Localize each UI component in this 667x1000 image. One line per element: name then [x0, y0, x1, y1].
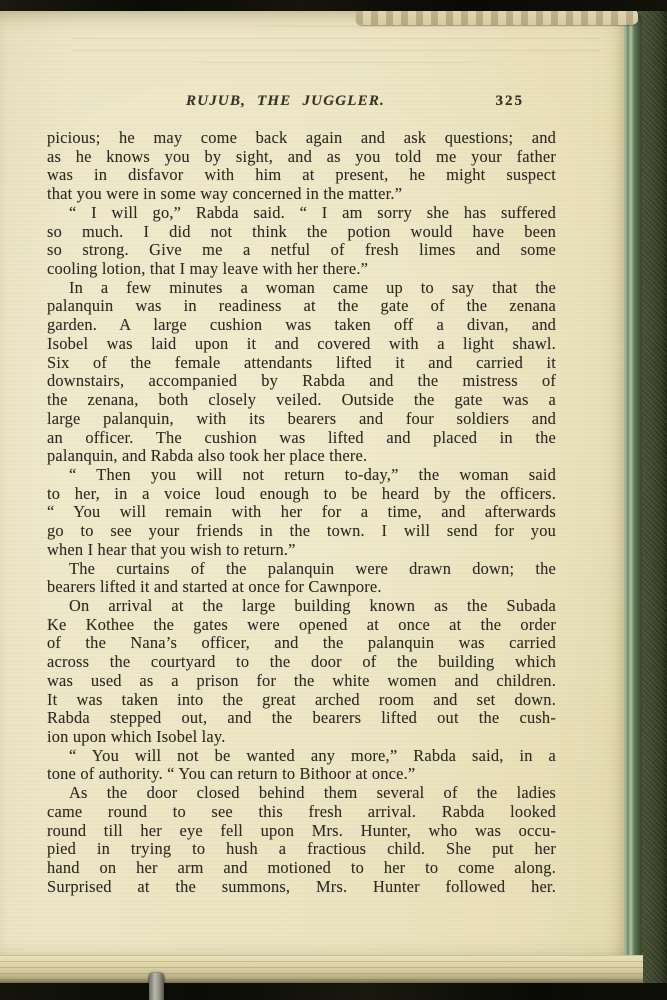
text-line: when I hear that you wish to return.” [47, 541, 556, 560]
text-line: so strong. Give me a netful of fresh lim… [47, 241, 556, 260]
book-page: RUJUB, THE JUGGLER. 325 picious; he may … [0, 11, 624, 958]
text-line: go to see your friends in the town. I wi… [47, 522, 556, 541]
text-line: hand on her arm and motioned to her to c… [47, 859, 556, 878]
text-line: In a few minutes a woman came up to say … [47, 279, 556, 298]
text-line: was used as a prison for the white women… [47, 672, 556, 691]
text-line: The curtains of the palanquin were drawn… [47, 560, 556, 579]
book-cover-bottom-edge [0, 983, 667, 1000]
text-line: Ke Kothee the gates were opened at once … [47, 616, 556, 635]
text-line: picious; he may come back again and ask … [47, 129, 556, 148]
page-stack-top-edge [356, 9, 638, 25]
running-header-title: RUJUB, THE JUGGLER. [31, 93, 540, 110]
text-line: Rabda stepped out, and the bearers lifte… [47, 709, 556, 728]
text-line: came round to see this fresh arrival. Ra… [47, 803, 556, 822]
text-line: the zenana, both closely veiled. Outside… [47, 391, 556, 410]
text-line: round till her eye fell upon Mrs. Hunter… [47, 822, 556, 841]
body-text: picious; he may come back again and ask … [47, 129, 556, 896]
text-line: pied in trying to hush a fractious child… [47, 840, 556, 859]
text-line: that you were in some way concerned in t… [47, 185, 556, 204]
text-line: tone of authority. “ You can return to B… [47, 765, 556, 784]
text-line: across the courtyard to the door of the … [47, 653, 556, 672]
text-line: to her, in a voice loud enough to be hea… [47, 485, 556, 504]
text-line: an officer. The cushion was lifted and p… [47, 429, 556, 448]
text-line: Six of the female attendants lifted it a… [47, 354, 556, 373]
text-line: “ I will go,” Rabda said. “ I am sorry s… [47, 204, 556, 223]
book-cover-top-edge [0, 0, 667, 11]
page-number: 325 [496, 93, 525, 110]
text-line: “ You will remain with her for a time, a… [47, 503, 556, 522]
text-line: Isobel was laid upon it and covered with… [47, 335, 556, 354]
text-line: cooling lotion, that I may leave with he… [47, 260, 556, 279]
text-line: was in disfavor with him at present, he … [47, 166, 556, 185]
text-line: bearers lifted it and started at once fo… [47, 578, 556, 597]
text-line: Surprised at the summons, Mrs. Hunter fo… [47, 878, 556, 897]
text-line: so much. I did not think the potion woul… [47, 223, 556, 242]
text-line: palanquin was in readiness at the gate o… [47, 297, 556, 316]
binder-clip [149, 973, 164, 1000]
book-cover-right [638, 0, 667, 1000]
book-scan: RUJUB, THE JUGGLER. 325 picious; he may … [0, 0, 667, 1000]
text-line: “ Then you will not return to-day,” the … [47, 466, 556, 485]
text-line: of the Nana’s officer, and the palanquin… [47, 634, 556, 653]
text-line: On arrival at the large building known a… [47, 597, 556, 616]
running-head: RUJUB, THE JUGGLER. 325 [47, 93, 556, 113]
text-line: As the door closed behind them several o… [47, 784, 556, 803]
text-line: large palanquin, with its bearers and fo… [47, 410, 556, 429]
text-line: It was taken into the great arched room … [47, 691, 556, 710]
text-line: ion upon which Isobel lay. [47, 728, 556, 747]
page-stack-bottom-edge [0, 955, 643, 985]
text-line: “ You will not be wanted any more,” Rabd… [47, 747, 556, 766]
text-line: downstairs, accompanied by Rabda and the… [47, 372, 556, 391]
text-line: garden. A large cushion was taken off a … [47, 316, 556, 335]
text-line: palanquin, and Rabda also took her place… [47, 447, 556, 466]
text-line: as he knows you by sight, and as you tol… [47, 148, 556, 167]
